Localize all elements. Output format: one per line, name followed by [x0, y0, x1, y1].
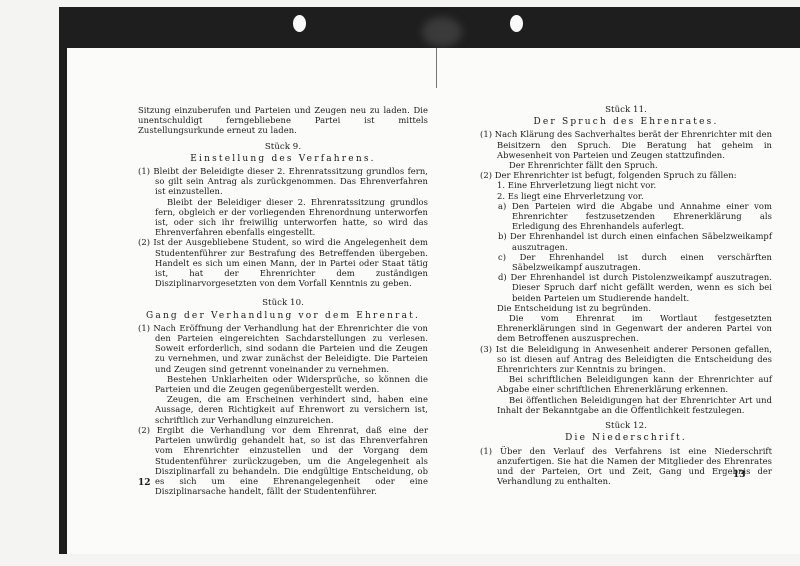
punch-hole-left: [293, 15, 306, 32]
list-subitem: b) Der Ehrenhandel ist durch einen einfa…: [480, 231, 772, 251]
section-12-title: Die Niederschrift.: [480, 433, 772, 443]
paragraph: Der Ehrenrichter fällt den Spruch.: [480, 160, 772, 170]
paragraph: (1) Bleibt der Beleidigte dieser 2. Ehre…: [138, 166, 428, 197]
paragraph: (1) Nach Klärung des Sachverhaltes berät…: [480, 129, 772, 160]
book-gutter: [436, 48, 437, 88]
list-subitem: a) Den Parteien wird die Abgabe und Anna…: [480, 201, 772, 232]
right-page: Stück 11. Der Spruch des Ehrenrates. (1)…: [480, 105, 772, 486]
paragraph: (2) Der Ehrenrichter ist befugt, folgend…: [480, 170, 772, 180]
paragraph: Bleibt der Beleidiger dieser 2. Ehrenrat…: [138, 197, 428, 238]
paragraph: (1) Über den Verlauf des Verfahrens ist …: [480, 446, 772, 487]
page-number-left: 12: [138, 478, 151, 488]
section-9-title: Einstellung des Verfahrens.: [138, 154, 428, 164]
section-10-title: Gang der Verhandlung vor dem Ehrenrat.: [138, 311, 428, 321]
list-subitem: c) Der Ehrenhandel ist durch einen versc…: [480, 252, 772, 272]
section-11-label: Stück 11.: [480, 105, 772, 115]
left-page: Sitzung einzuberufen und Parteien und Ze…: [138, 105, 428, 496]
section-12-label: Stück 12.: [480, 421, 772, 431]
paragraph: Bestehen Unklarheiten oder Widersprüche,…: [138, 374, 428, 394]
page-number-right: 13: [733, 470, 746, 480]
paragraph: Die Entscheidung ist zu begründen.: [480, 303, 772, 313]
paragraph: Zeugen, die am Erscheinen verhindert sin…: [138, 394, 428, 425]
scan-smudge: [422, 17, 462, 47]
scanner-top-band: [59, 7, 800, 48]
list-item: 1. Eine Ehrverletzung liegt nicht vor.: [480, 180, 772, 190]
intro-paragraph: Sitzung einzuberufen und Parteien und Ze…: [138, 105, 428, 136]
list-item: 2. Es liegt eine Ehrverletzung vor.: [480, 191, 772, 201]
paragraph: Die vom Ehrenrat im Wortlaut festgesetzt…: [480, 313, 772, 344]
paragraph: (2) Ergibt die Verhandlung vor dem Ehren…: [138, 425, 428, 496]
paragraph: Bei schriftlichen Beleidigungen kann der…: [480, 374, 772, 394]
paragraph: (1) Nach Eröffnung der Verhandlung hat d…: [138, 323, 428, 374]
list-subitem: d) Der Ehrenhandel ist durch Pistolenzwe…: [480, 272, 772, 303]
section-10-label: Stück 10.: [138, 298, 428, 308]
paragraph: (2) Ist der Ausgebliebene Student, so wi…: [138, 237, 428, 288]
scanner-left-edge: [59, 7, 67, 554]
paragraph: (3) Ist die Beleidigung in Anwesenheit a…: [480, 344, 772, 375]
section-9-label: Stück 9.: [138, 142, 428, 152]
paragraph: Bei öffentlichen Beleidigungen hat der E…: [480, 395, 772, 415]
punch-hole-right: [510, 15, 523, 32]
section-11-title: Der Spruch des Ehrenrates.: [480, 117, 772, 127]
